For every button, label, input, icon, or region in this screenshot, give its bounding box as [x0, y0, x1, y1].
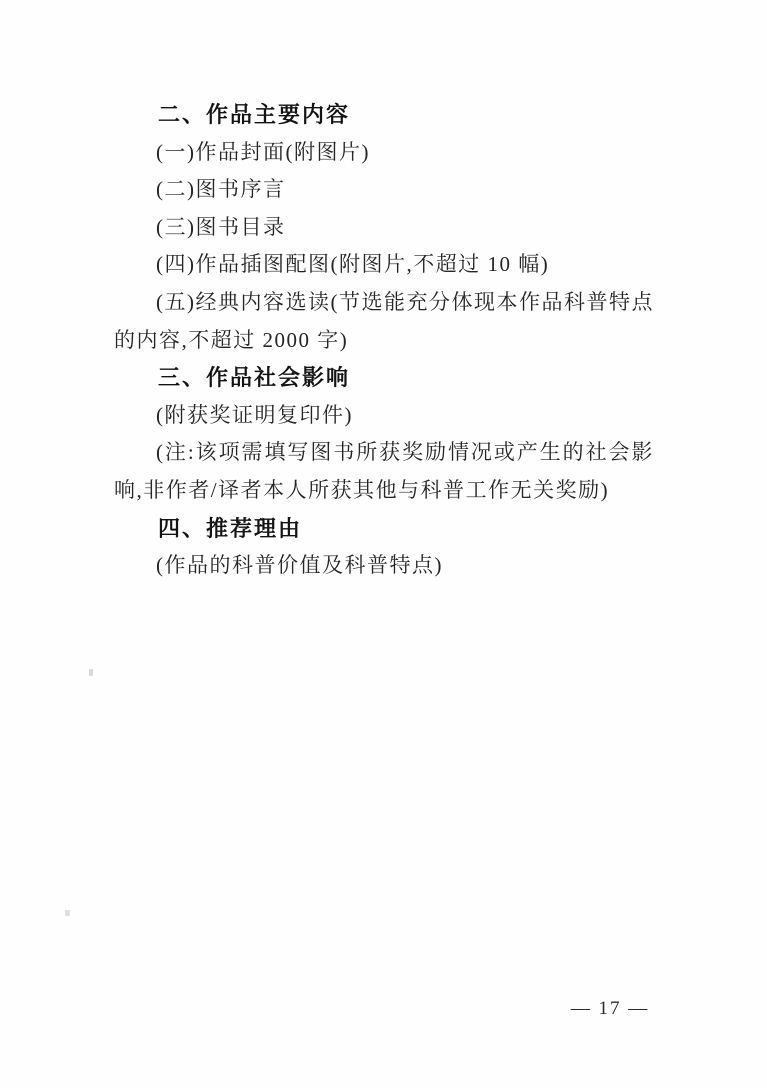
note-social-impact: (注:该项需填写图书所获奖励情况或产生的社会影响,非作者/译者本人所获其他与科普… — [114, 434, 654, 509]
list-item-4-illustrations: (四)作品插图配图(附图片,不超过 10 幅) — [114, 246, 654, 284]
scanned-document-page: 二、作品主要内容 (一)作品封面(附图片) (二)图书序言 (三)图书目录 (四… — [0, 0, 767, 1088]
list-item-5-excerpt: (五)经典内容选读(节选能充分体现本作品科普特点的内容,不超过 2000 字) — [114, 284, 654, 359]
document-body: 二、作品主要内容 (一)作品封面(附图片) (二)图书序言 (三)图书目录 (四… — [114, 96, 654, 585]
list-item-2-preface: (二)图书序言 — [114, 171, 654, 209]
section-heading-3: 三、作品社会影响 — [114, 359, 654, 397]
section-heading-2: 二、作品主要内容 — [114, 96, 654, 134]
note-recommendation-reason: (作品的科普价值及科普特点) — [114, 547, 654, 585]
list-item-1-cover: (一)作品封面(附图片) — [114, 134, 654, 172]
page-number: — 17 — — [560, 998, 660, 1020]
list-item-3-contents: (三)图书目录 — [114, 209, 654, 247]
section-heading-4: 四、推荐理由 — [114, 510, 654, 548]
scan-artifact — [89, 669, 93, 676]
scan-artifact — [65, 910, 70, 916]
note-award-certificate: (附获奖证明复印件) — [114, 397, 654, 435]
